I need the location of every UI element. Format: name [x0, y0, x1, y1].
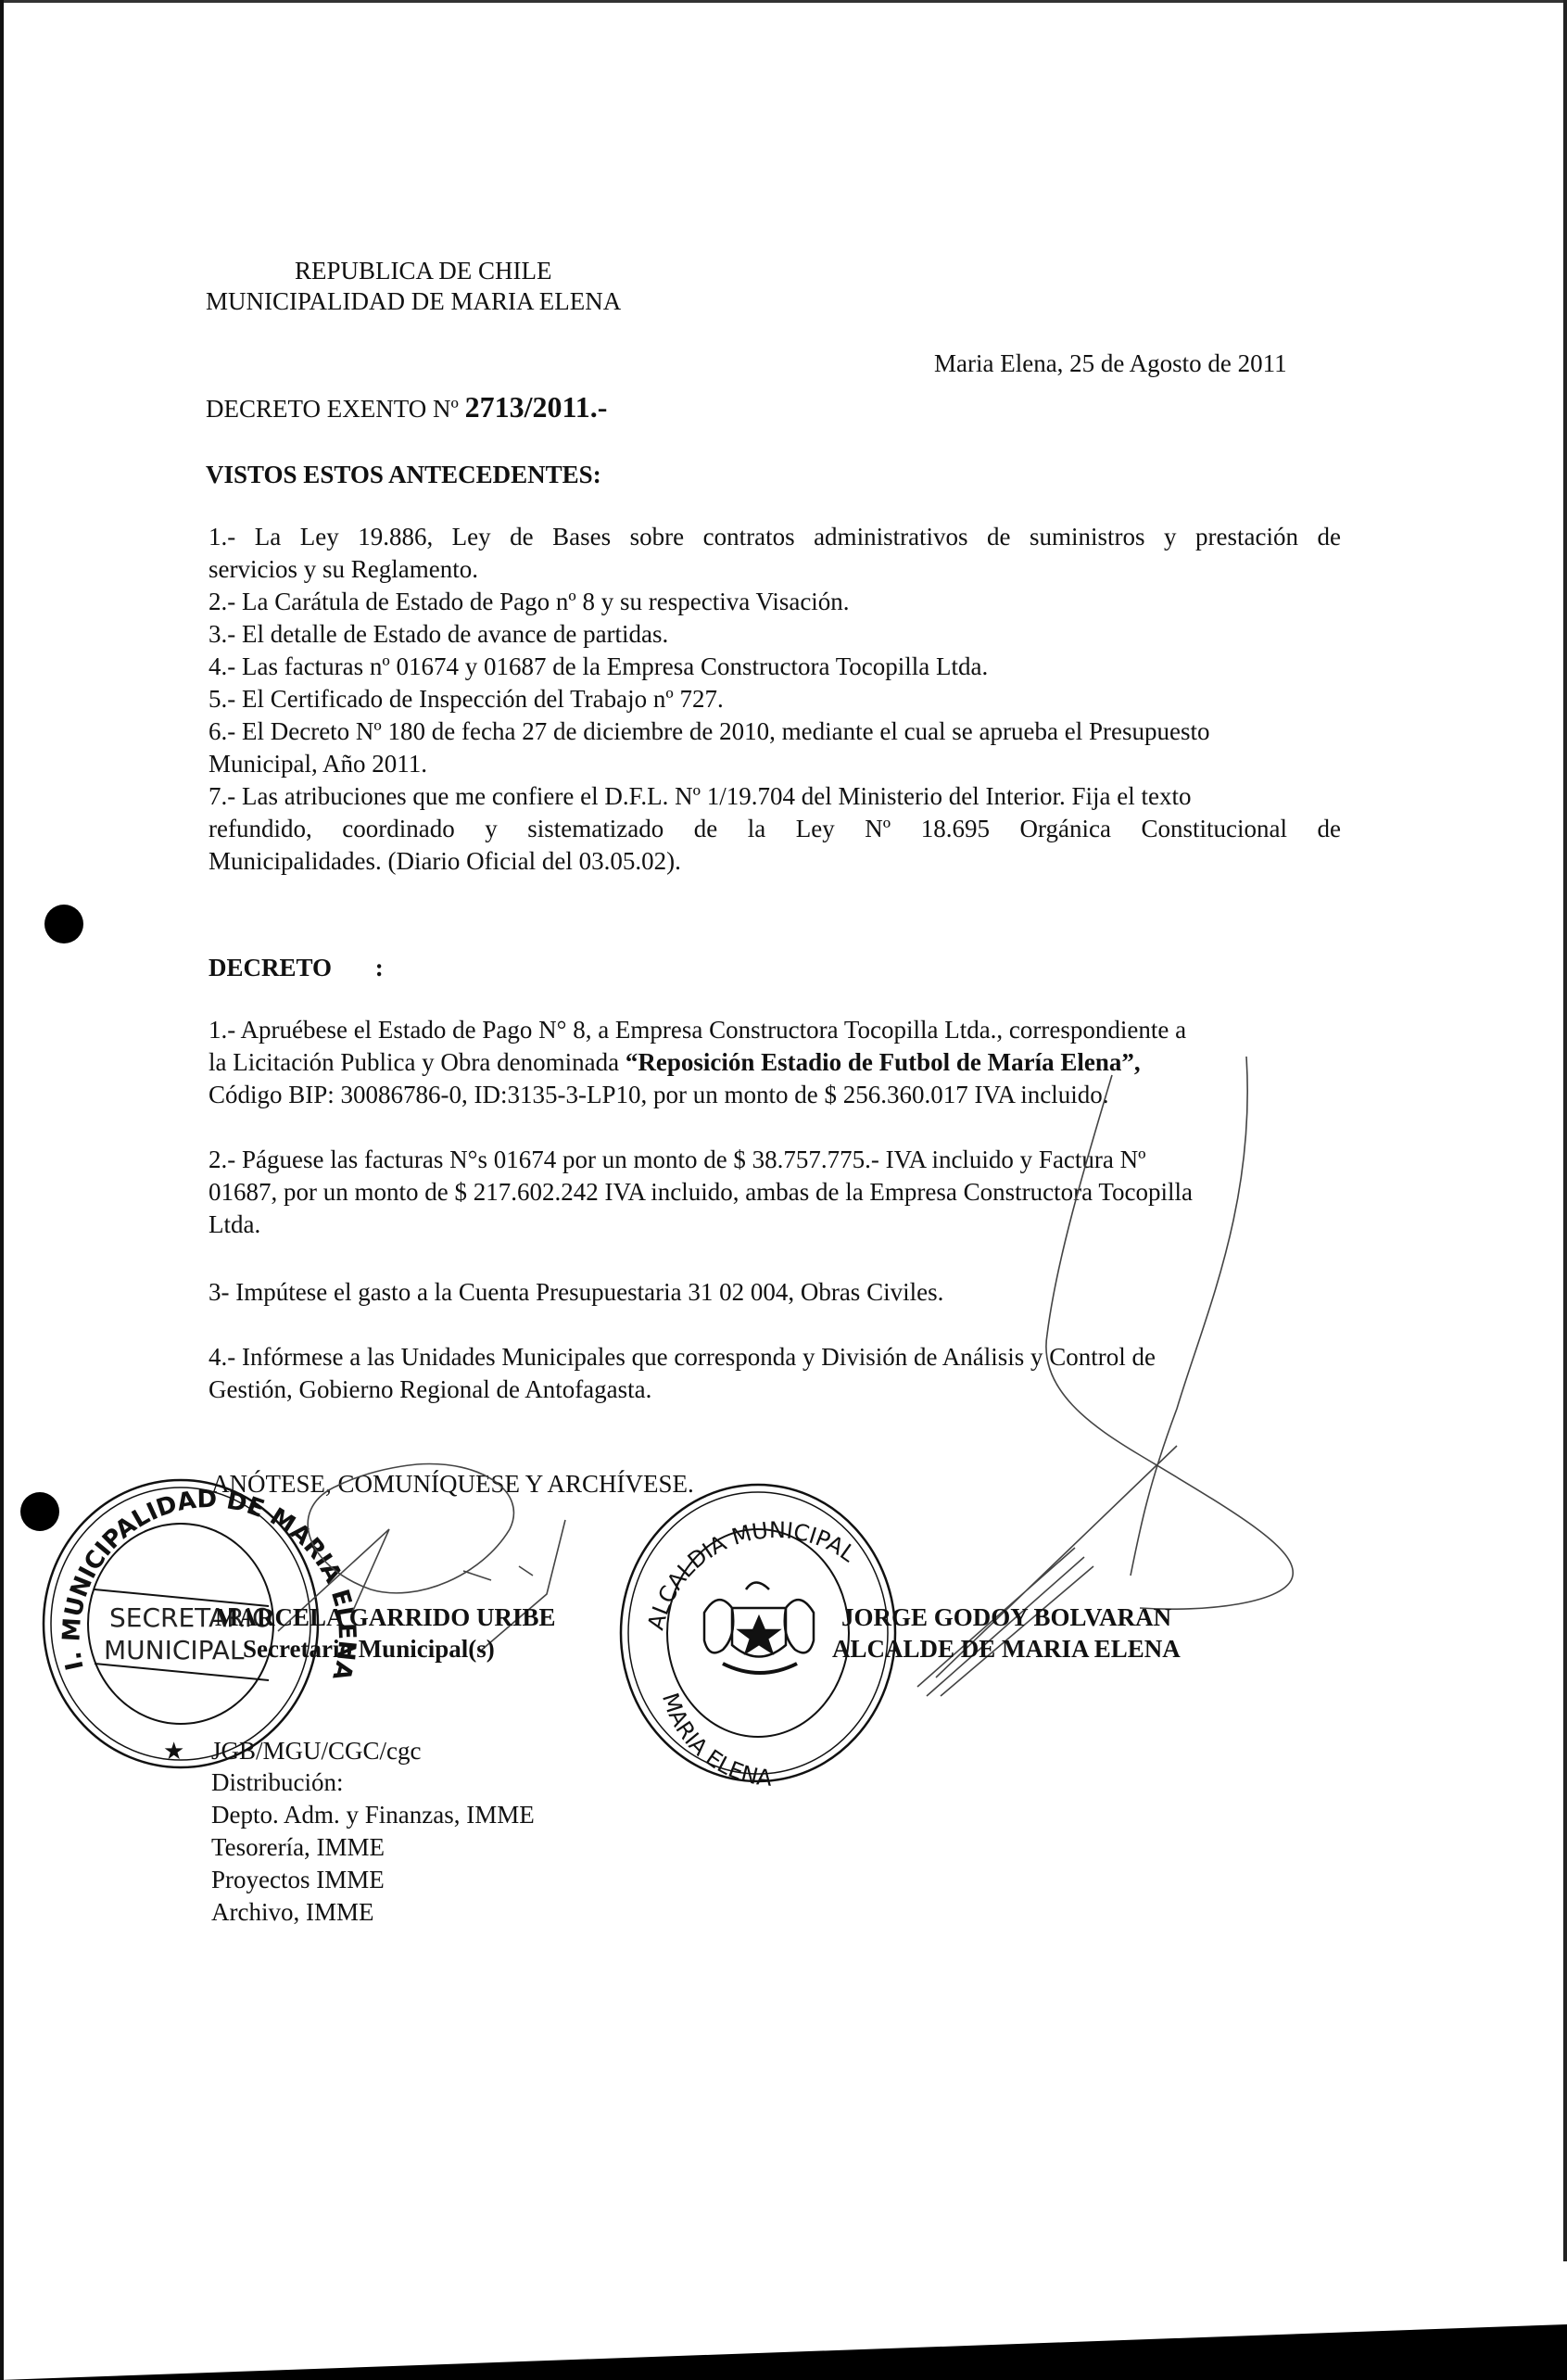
vistos-item-2: 2.- La Carátula de Estado de Pago nº 8 y… — [209, 586, 1341, 618]
project-name: “Reposición Estadio de Futbol de María E… — [626, 1048, 1141, 1076]
vistos-item-6-line-1: 6.- El Decreto Nº 180 de fecha 27 de dic… — [209, 715, 1341, 748]
signatory-right-title: ALCALDE DE MARIA ELENA — [832, 1633, 1181, 1665]
decreto-item-2: 2.- Páguese las facturas N°s 01674 por u… — [209, 1144, 1341, 1241]
decree-number: 2713/2011.- — [465, 390, 608, 424]
decree-title: DECRETO EXENTO Nº 2713/2011.- — [206, 391, 607, 424]
decreto-item-1: 1.- Apruébese el Estado de Pago N° 8, a … — [209, 1014, 1341, 1111]
decreto-item-4-line-1: 4.- Infórmese a las Unidades Municipales… — [209, 1341, 1341, 1374]
vistos-item-7-line-3: Municipalidades. (Diario Oficial del 03.… — [209, 845, 1341, 878]
vistos-item-3: 3.- El detalle de Estado de avance de pa… — [209, 618, 1341, 651]
header-country: REPUBLICA DE CHILE — [295, 255, 552, 286]
vistos-heading: VISTOS ESTOS ANTECEDENTES: — [206, 459, 601, 490]
vistos-item-5: 5.- El Certificado de Inspección del Tra… — [209, 683, 1341, 715]
closing-formula: ANÓTESE, COMUNÍQUESE Y ARCHÍVESE. — [211, 1468, 694, 1500]
scan-edge-left — [0, 0, 4, 2380]
decreto-item-1-line-3: Código BIP: 30086786-0, ID:3135-3-LP10, … — [209, 1079, 1341, 1111]
star-icon: ★ — [163, 1738, 184, 1766]
decreto-item-2-line-1: 2.- Páguese las facturas N°s 01674 por u… — [209, 1144, 1341, 1176]
place-date: Maria Elena, 25 de Agosto de 2011 — [934, 348, 1287, 379]
distribution-item: Proyectos IMME — [211, 1864, 535, 1896]
decreto-heading-text: DECRETO — [209, 954, 332, 981]
scan-edge-right — [1563, 0, 1567, 2261]
decreto-item-2-line-2: 01687, por un monto de $ 217.602.242 IVA… — [209, 1176, 1341, 1209]
distribution-list: Distribución: Depto. Adm. y Finanzas, IM… — [211, 1766, 535, 1929]
signatory-left-title: Secretario Municipal(s) — [243, 1633, 495, 1665]
decreto-item-4: 4.- Infórmese a las Unidades Municipales… — [209, 1341, 1341, 1406]
coat-of-arms-icon — [704, 1583, 814, 1674]
distribution-label: Distribución: — [211, 1766, 535, 1799]
decreto-item-3-line: 3- Impútese el gasto a la Cuenta Presupu… — [209, 1276, 1341, 1309]
decreto-item-1-line-2-prefix: la Licitación Publica y Obra denominada — [209, 1048, 626, 1076]
vistos-item-4: 4.- Las facturas nº 01674 y 01687 de la … — [209, 651, 1341, 683]
decreto-item-1-line-1: 1.- Apruébese el Estado de Pago N° 8, a … — [209, 1014, 1341, 1046]
scan-edge-bottom — [0, 2324, 1567, 2380]
decreto-heading: DECRETO : — [209, 952, 384, 983]
signatory-right-name: JORGE GODOY BOLVARAN — [841, 1601, 1171, 1633]
distribution-item: Depto. Adm. y Finanzas, IMME — [211, 1799, 535, 1831]
vistos-item-1-line-2: servicios y su Reglamento. — [209, 553, 1341, 586]
decreto-item-1-line-2: la Licitación Publica y Obra denominada … — [209, 1046, 1341, 1079]
signatory-left-name: MARCELA GARRIDO URIBE — [215, 1601, 556, 1633]
header-municipality: MUNICIPALIDAD DE MARIA ELENA — [206, 285, 621, 317]
left-stamp-center-2: MUNICIPAL — [104, 1635, 245, 1665]
initials: JGB/MGU/CGC/cgc — [211, 1735, 422, 1766]
vistos-item-7-line-1: 7.- Las atribuciones que me confiere el … — [209, 780, 1341, 813]
distribution-item: Archivo, IMME — [211, 1896, 535, 1929]
right-stamp-ring-bottom: MARIA ELENA — [657, 1690, 774, 1791]
decree-label: DECRETO EXENTO Nº — [206, 395, 459, 423]
vistos-item-1-line-1: 1.- La Ley 19.886, Ley de Bases sobre co… — [209, 521, 1341, 553]
vistos-item-6-line-2: Municipal, Año 2011. — [209, 748, 1341, 780]
decreto-item-3: 3- Impútese el gasto a la Cuenta Presupu… — [209, 1276, 1341, 1309]
decreto-item-2-line-3: Ltda. — [209, 1209, 1341, 1241]
punch-hole-upper — [44, 905, 83, 943]
vistos-item-7-line-2: refundido, coordinado y sistematizado de… — [209, 813, 1341, 845]
decreto-heading-colon: : — [375, 954, 384, 981]
right-stamp-ring-top: ALCALDIA MUNICIPAL — [642, 1517, 860, 1633]
decreto-item-4-line-2: Gestión, Gobierno Regional de Antofagast… — [209, 1374, 1341, 1406]
distribution-item: Tesorería, IMME — [211, 1831, 535, 1864]
scan-edge-top — [0, 0, 1567, 3]
vistos-list: 1.- La Ley 19.886, Ley de Bases sobre co… — [209, 521, 1341, 878]
punch-hole-lower — [20, 1492, 59, 1531]
